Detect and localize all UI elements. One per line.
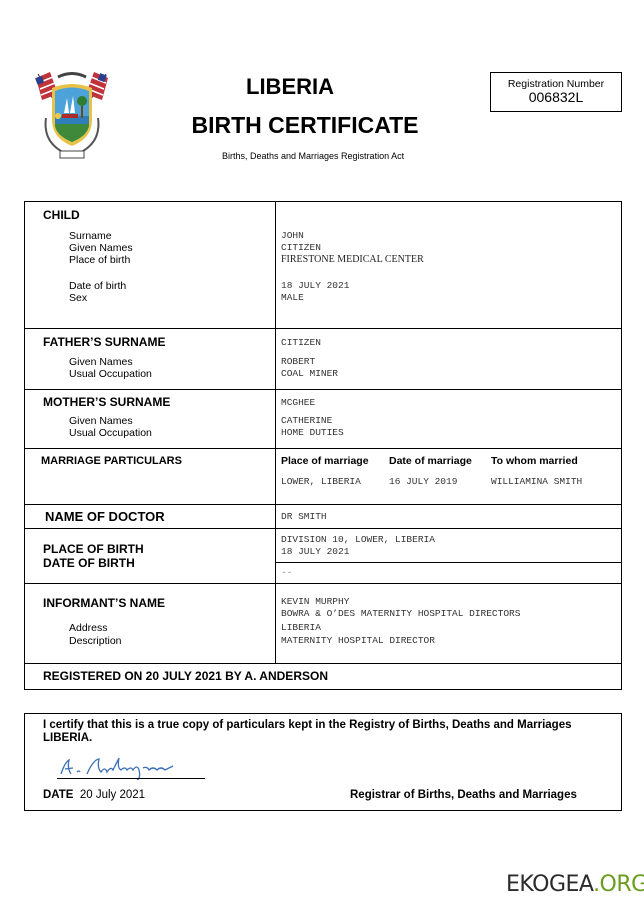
date-of-birth-heading: DATE OF BIRTH — [43, 556, 135, 570]
child-place-of-birth-value: FIRESTONE MEDICAL CENTER — [281, 254, 424, 267]
date-value: 20 July 2021 — [80, 789, 145, 801]
doctor-heading: NAME OF DOCTOR — [45, 509, 165, 524]
place-of-birth-value: DIVISION 10, LOWER, LIBERIA — [281, 534, 435, 547]
mother-given-names-label: Given Names — [69, 415, 133, 428]
registered-statement: REGISTERED ON 20 JULY 2021 BY A. ANDERSO… — [43, 669, 328, 683]
informant-section: INFORMANT’S NAME Address Description KEV… — [25, 584, 621, 664]
child-sex-label: Sex — [69, 292, 87, 305]
document-subtitle: Births, Deaths and Marriages Registratio… — [222, 151, 404, 161]
child-given-names-value: CITIZEN — [281, 242, 321, 255]
document-title: BIRTH CERTIFICATE — [180, 112, 430, 139]
doctor-section: NAME OF DOCTOR DR SMITH — [25, 505, 621, 529]
informant-description-label: Description — [69, 635, 122, 648]
child-given-names-label: Given Names — [69, 242, 133, 255]
mother-given-names-value: CATHERINE — [281, 415, 332, 428]
informant-address-line-2: LIBERIA — [281, 622, 321, 635]
date-label: DATE — [43, 789, 73, 801]
marriage-section: MARRIAGE PARTICULARS Place of marriage D… — [25, 449, 621, 505]
place-of-marriage-value: LOWER, LIBERIA — [281, 476, 361, 489]
particulars-table: CHILD Surname Given Names Place of birth… — [24, 201, 622, 690]
father-occupation-label: Usual Occupation — [69, 368, 152, 381]
mother-occupation-label: Usual Occupation — [69, 427, 152, 440]
registration-number: 006832L — [491, 90, 621, 105]
registered-section: REGISTERED ON 20 JULY 2021 BY A. ANDERSO… — [25, 664, 621, 689]
date-of-birth-value: 18 JULY 2021 — [281, 546, 349, 559]
father-given-names-label: Given Names — [69, 356, 133, 369]
certification-statement: I certify that this is a true copy of pa… — [43, 719, 613, 745]
child-section: CHILD Surname Given Names Place of birth… — [25, 202, 621, 329]
father-surname-value: CITIZEN — [281, 337, 321, 350]
certification-date: DATE 20 July 2021 — [43, 789, 145, 801]
marriage-heading: MARRIAGE PARTICULARS — [41, 455, 182, 467]
father-heading: FATHER’S SURNAME — [43, 335, 165, 349]
child-surname-value: JOHN — [281, 230, 304, 243]
birth-extra-value: -- — [281, 567, 292, 580]
date-of-marriage-value: 16 JULY 2019 — [389, 476, 457, 489]
coat-of-arms-icon — [32, 68, 112, 160]
informant-address-line-1: BOWRA & O’DES MATERNITY HOSPITAL DIRECTO… — [281, 608, 520, 621]
child-date-of-birth-value: 18 JULY 2021 — [281, 280, 349, 293]
place-of-marriage-label: Place of marriage — [281, 455, 369, 467]
doctor-value: DR SMITH — [281, 511, 327, 524]
date-of-marriage-label: Date of marriage — [389, 455, 472, 467]
informant-heading: INFORMANT’S NAME — [43, 596, 165, 610]
watermark-suffix: .ORG — [593, 872, 644, 897]
signature-icon — [55, 754, 195, 780]
mother-section: MOTHER’S SURNAME Given Names Usual Occup… — [25, 390, 621, 449]
child-sex-value: MALE — [281, 292, 304, 305]
informant-address-label: Address — [69, 622, 108, 635]
registration-number-box: Registration Number 006832L — [490, 72, 622, 112]
child-date-of-birth-label: Date of birth — [69, 280, 126, 293]
child-surname-label: Surname — [69, 230, 112, 243]
mother-occupation-value: HOME DUTIES — [281, 427, 344, 440]
country-title: LIBERIA — [190, 74, 390, 100]
father-section: FATHER’S SURNAME Given Names Usual Occup… — [25, 329, 621, 390]
mother-heading: MOTHER’S SURNAME — [43, 395, 170, 409]
place-date-of-birth-section: PLACE OF BIRTH DATE OF BIRTH DIVISION 10… — [25, 529, 621, 584]
father-given-names-value: ROBERT — [281, 356, 315, 369]
mother-surname-value: MCGHEE — [281, 397, 315, 410]
watermark-main: EKOGEA — [506, 872, 593, 897]
registrar-title: Registrar of Births, Deaths and Marriage… — [350, 789, 577, 801]
certification-box: I certify that this is a true copy of pa… — [24, 713, 622, 811]
informant-description-value: MATERNITY HOSPITAL DIRECTOR — [281, 635, 435, 648]
father-occupation-value: COAL MINER — [281, 368, 338, 381]
child-heading: CHILD — [43, 208, 80, 222]
informant-name-value: KEVIN MURPHY — [281, 596, 349, 609]
to-whom-married-value: WILLIAMINA SMITH — [491, 476, 582, 489]
watermark-logo: EKOGEA.ORG — [506, 872, 644, 897]
signature-line — [57, 778, 205, 779]
child-place-of-birth-label: Place of birth — [69, 254, 130, 267]
place-of-birth-heading: PLACE OF BIRTH — [43, 542, 144, 556]
to-whom-married-label: To whom married — [491, 455, 578, 467]
